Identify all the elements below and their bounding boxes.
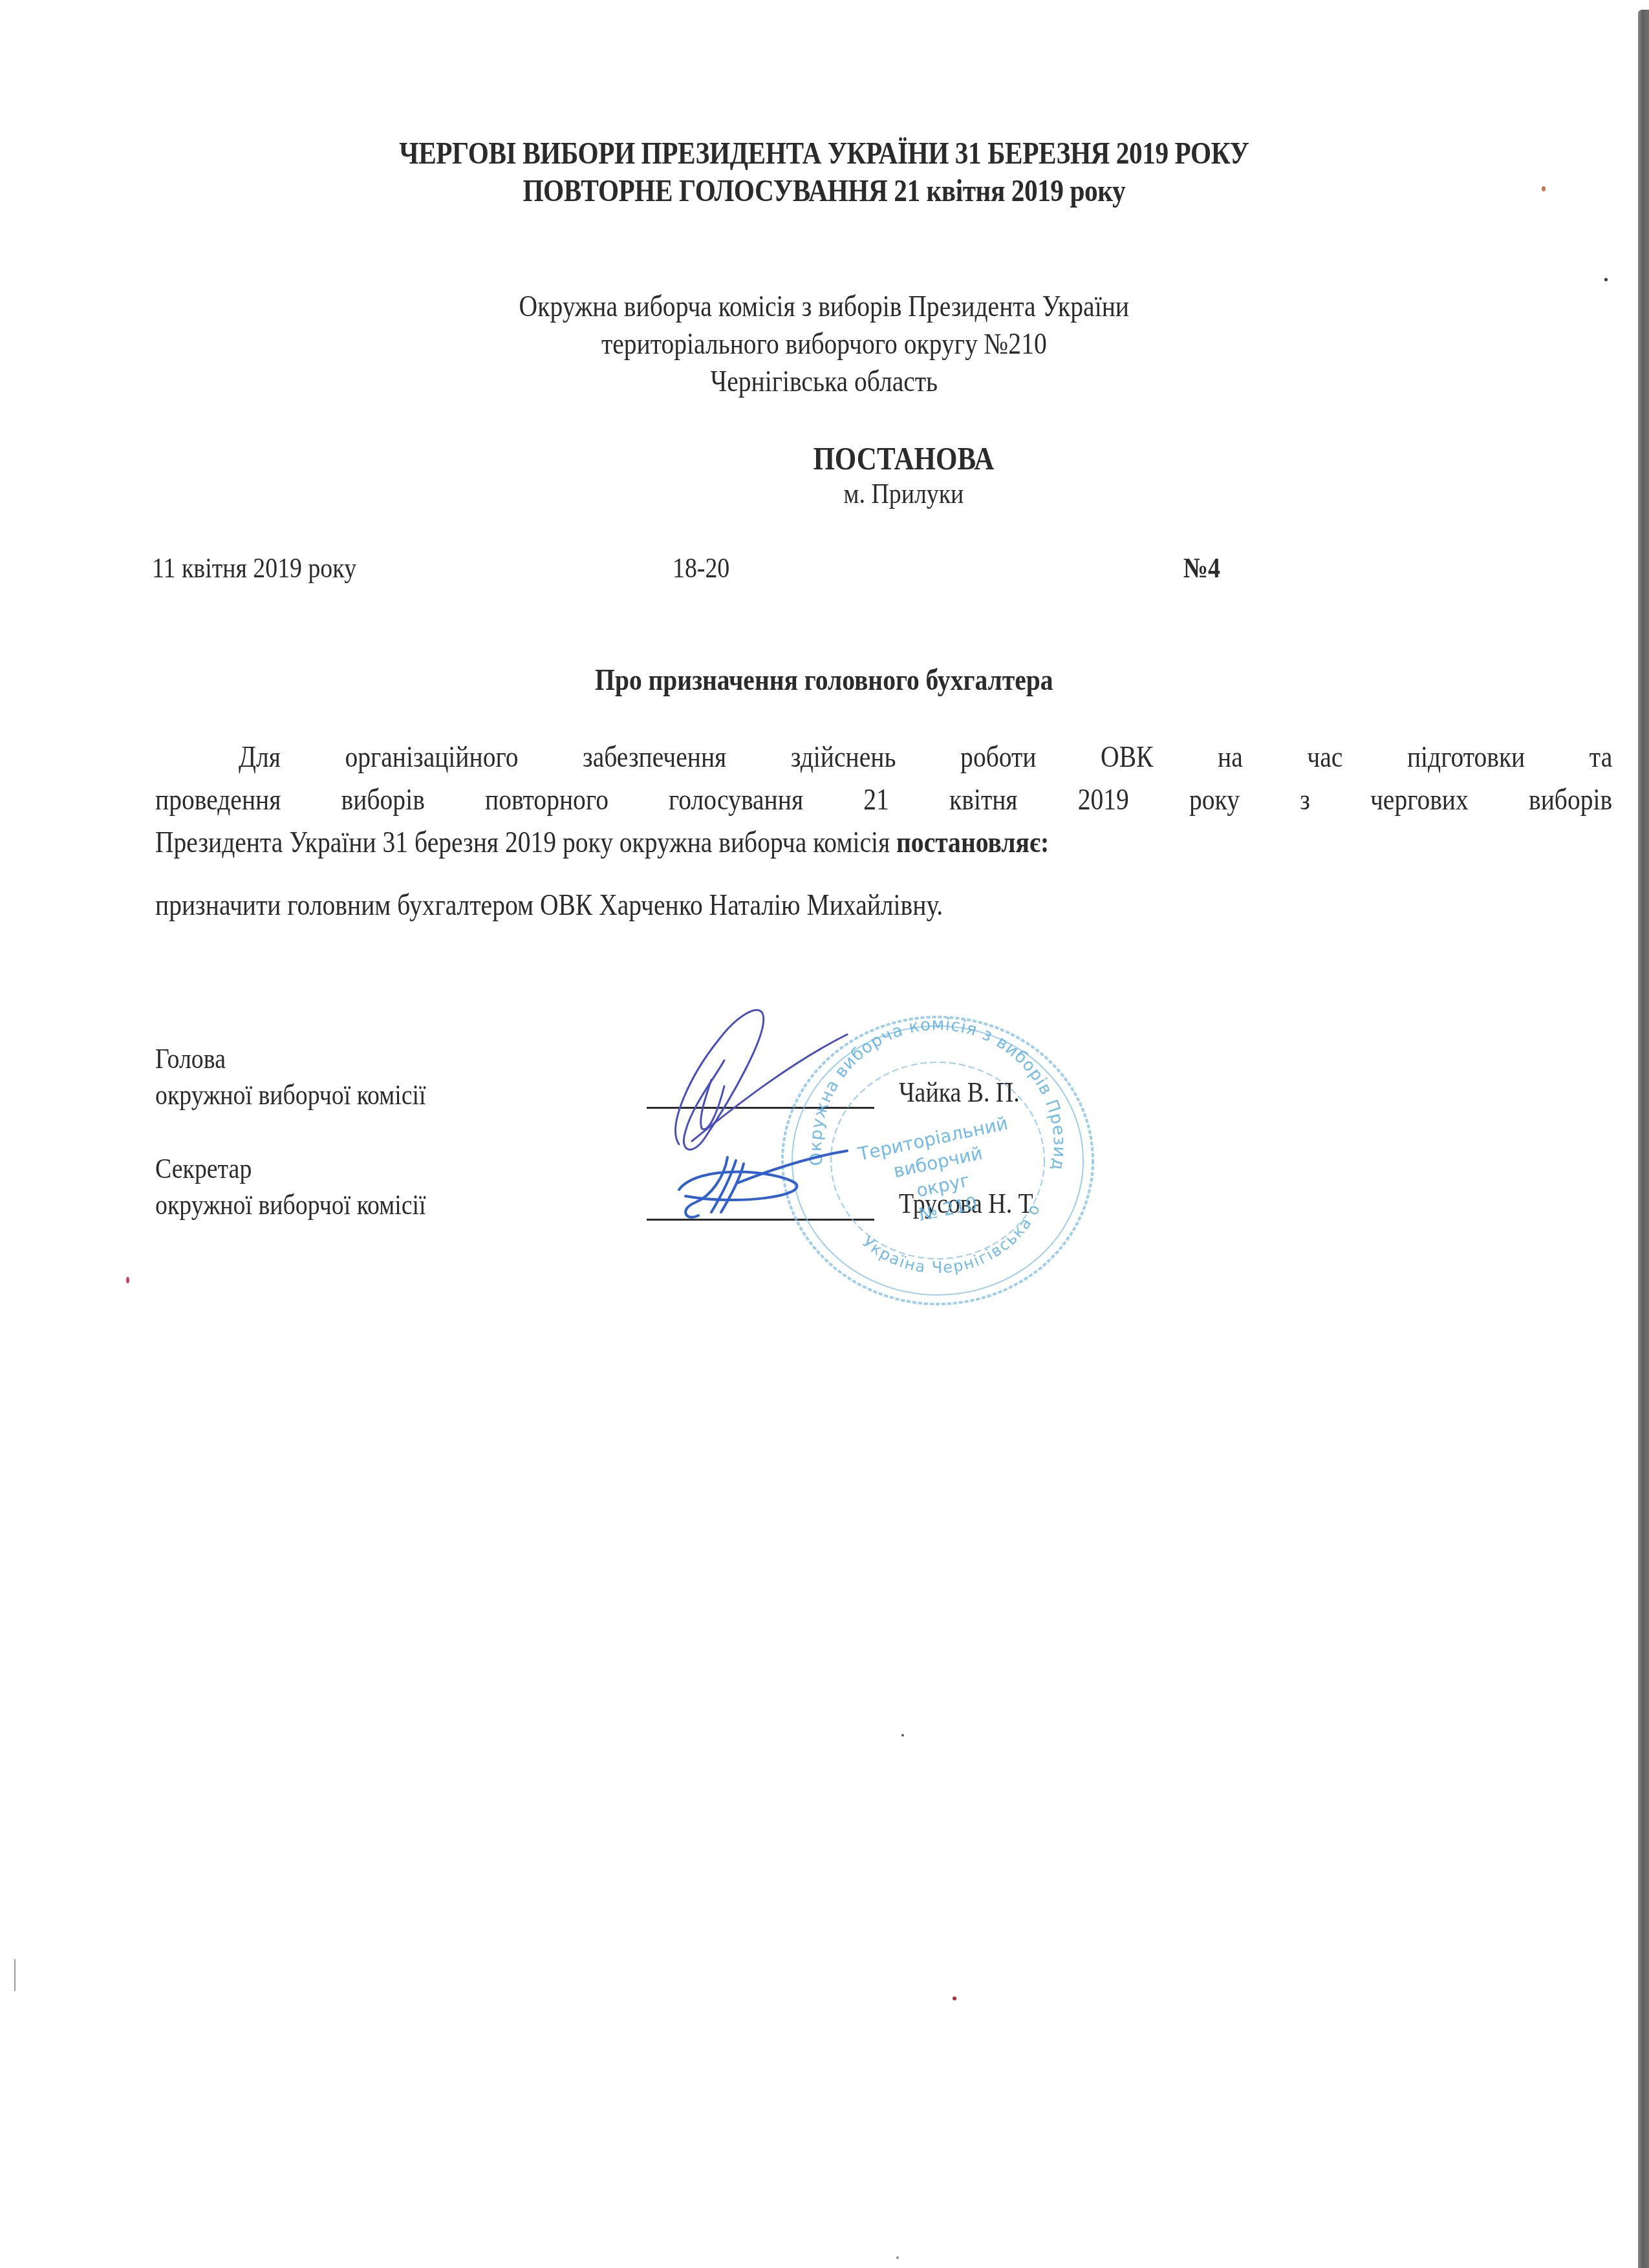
document-number: №4 — [1183, 551, 1220, 584]
body-line-2: проведення виборів повторного голосуванн… — [155, 778, 1612, 821]
scan-speck — [1604, 278, 1608, 281]
election-header-line1: ЧЕРГОВІ ВИБОРИ ПРЕЗИДЕНТА УКРАЇНИ 31 БЕР… — [115, 136, 1533, 171]
document-subject: Про призначення головного бухгалтера — [115, 663, 1533, 697]
decision-text: призначити головним бухгалтером ОВК Харч… — [155, 888, 943, 922]
chair-role-line2: окружної виборчої комісії — [155, 1077, 426, 1113]
secretary-signature-icon — [660, 1144, 867, 1228]
election-header-line2: ПОВТОРНЕ ГОЛОСУВАННЯ 21 квітня 2019 року — [115, 173, 1533, 209]
document-city: м. Прилуки — [195, 477, 1613, 510]
document-time: 18-20 — [673, 551, 729, 584]
secretary-role-line2: окружної виборчої комісії — [155, 1187, 426, 1223]
body-line-1: Для організаційного забезпечення здійсне… — [239, 740, 1612, 773]
document-date: 11 квітня 2019 року — [152, 551, 356, 584]
organization-name-line1: Окружна виборча комісія з виборів Презид… — [115, 289, 1533, 323]
secretary-role-line1: Секретар — [155, 1151, 252, 1187]
body-paragraph: Для організаційного забезпечення здійсне… — [155, 736, 1613, 864]
resolution-keyword: постановляє: — [896, 826, 1049, 859]
scan-speck — [1542, 186, 1546, 191]
chair-role-line1: Голова — [155, 1041, 226, 1077]
document-type: ПОСТАНОВА — [195, 440, 1613, 477]
scan-speck — [896, 2256, 899, 2259]
chair-signature-icon — [653, 996, 886, 1164]
body-line-3: Президента України 31 березня 2019 року … — [155, 826, 896, 859]
organization-name-line2: територіального виборчого округу №210 — [115, 326, 1533, 361]
scan-speck — [901, 1734, 904, 1737]
organization-region: Чернігівська область — [115, 364, 1533, 398]
scan-speck — [14, 1959, 16, 1991]
scan-speck — [953, 1996, 956, 2000]
scan-speck — [126, 1277, 129, 1283]
document-page: ЧЕРГОВІ ВИБОРИ ПРЕЗИДЕНТА УКРАЇНИ 31 БЕР… — [0, 0, 1649, 2268]
